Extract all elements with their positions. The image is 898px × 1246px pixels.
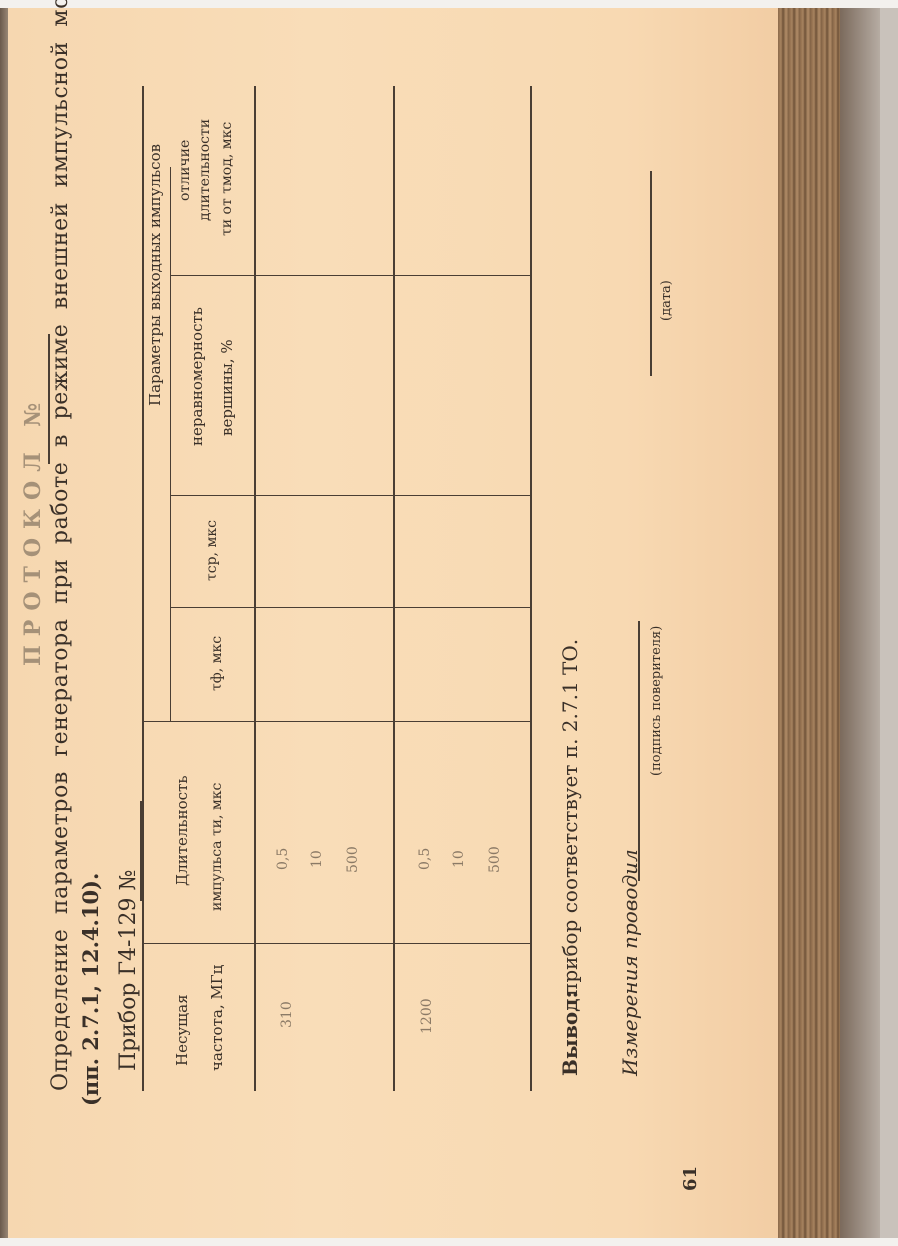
col-sep-tausr-nonuniformity	[170, 495, 530, 496]
col-sep-tauf-tausr	[170, 607, 530, 608]
conclusion-label: Вывод:	[560, 991, 580, 1076]
cell-carrier-310: 310	[280, 1001, 294, 1028]
cell-carrier-1200: 1200	[420, 998, 434, 1034]
date-line	[650, 171, 652, 376]
cell-duration-1-1: 10	[452, 850, 466, 868]
document-title-line1: Определение параметров генератора при ра…	[50, 0, 72, 1091]
table-header-bottom-rule	[254, 86, 256, 1091]
signature-caption: (подпись поверителя)	[650, 626, 663, 776]
header-carrier-line1: Несущая	[175, 994, 190, 1066]
document-title-line2: (пп. 2.7.1, 12.4.10).	[80, 873, 101, 1106]
rotated-book-page: ПРОТОКОЛ № Определение параметров генера…	[0, 0, 898, 1246]
cell-duration-0-0: 0,5	[276, 848, 290, 870]
header-duration-line2: импульса τи, мкс	[210, 783, 224, 911]
conclusion-text: прибор соответствует п. 2.7.1 ТО.	[560, 639, 580, 996]
header-duration-line1: Длительность	[175, 776, 190, 887]
header-difference-line2: длительности	[198, 119, 212, 221]
device-label: Прибор Г4-129 №	[118, 870, 140, 1071]
cell-duration-1-0: 0,5	[418, 848, 432, 870]
header-tau-sr: τср, мкс	[205, 520, 219, 581]
spine-shadow	[840, 8, 880, 1238]
signature-label: Измерения проводил	[620, 849, 640, 1076]
table-group-separator	[393, 86, 395, 1091]
cell-duration-0-2: 500	[346, 846, 360, 873]
date-caption: (дата)	[660, 280, 673, 321]
scanner-background	[880, 8, 898, 1238]
cell-duration-0-1: 10	[310, 850, 324, 868]
col-sep-nonuniformity-difference	[170, 275, 530, 276]
header-output-params-group: Параметры выходных импульсов	[148, 144, 163, 406]
col-sep-duration-params	[142, 721, 530, 722]
cell-duration-1-2: 500	[488, 846, 502, 873]
book-spine	[778, 8, 840, 1238]
header-nonuniformity-line1: неравномерность	[190, 307, 205, 446]
header-difference-line1: отличие	[178, 140, 192, 201]
header-tau-f: τф, мкс	[210, 636, 224, 691]
page-number: 61	[682, 1166, 700, 1191]
header-carrier-line2: частота, МГц	[210, 965, 225, 1071]
params-subheader-rule	[170, 167, 171, 722]
col-sep-carrier-duration	[142, 943, 530, 944]
signature-line	[638, 621, 640, 881]
header-nonuniformity-line2: вершины, %	[220, 339, 235, 436]
protocol-header: ПРОТОКОЛ №	[22, 394, 44, 666]
header-difference-line3: τи от τмод, мкс	[220, 122, 234, 236]
table-bottom-rule	[530, 86, 532, 1091]
table-top-rule	[142, 86, 144, 1091]
